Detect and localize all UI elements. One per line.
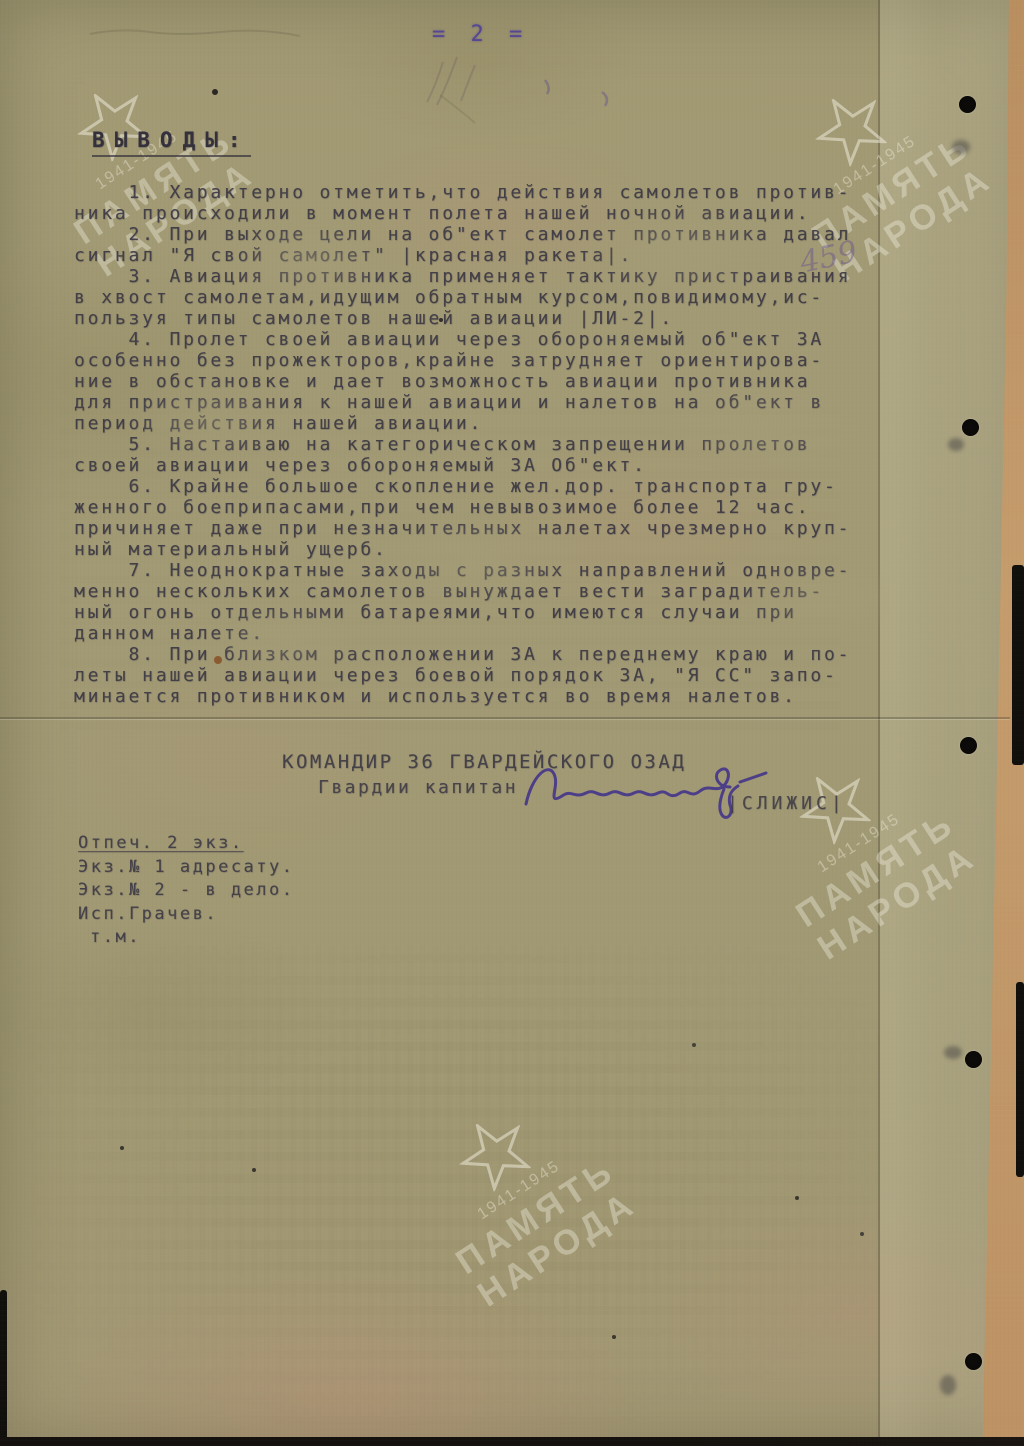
scanner-background <box>0 1290 7 1446</box>
punch-hole <box>965 1353 982 1370</box>
watermark-years: 1941-1945 <box>475 1157 564 1224</box>
star-icon <box>446 1105 542 1200</box>
document-heading: ВЫВОДЫ: <box>92 128 251 157</box>
copy1-line: Экз.№ 1 адресату. <box>78 856 295 880</box>
scanner-background <box>0 1437 1024 1446</box>
paper-specks <box>0 0 4 4</box>
ink-smudge <box>940 1375 956 1395</box>
bleed-through-text-lower <box>30 945 880 1425</box>
punch-hole <box>962 419 979 436</box>
punch-hole <box>959 96 976 113</box>
scanner-background <box>1012 565 1024 765</box>
punch-hole <box>960 737 977 754</box>
typist-initials: т.м. <box>90 926 295 950</box>
archive-watermark: 1941-1945 ПАМЯТЬНАРОДА <box>740 728 984 968</box>
watermark-text: ПАМЯТЬНАРОДА <box>449 1151 644 1315</box>
executor-line: Исп.Грачев. <box>78 903 295 927</box>
document-body-text: 1. Характерно отметить,что действия само… <box>74 182 851 707</box>
signature-surname: |СЛИЖИС| <box>727 793 846 814</box>
scanned-document-page: 1941-1945 ПАМЯТЬНАРОДА 1941-1945 ПАМЯТЬН… <box>0 0 1024 1446</box>
handwritten-signature <box>516 756 776 826</box>
watermark-text: ПАМЯТЬНАРОДА <box>789 804 984 968</box>
binding-fold-strip <box>878 0 1010 1446</box>
ink-smudge <box>952 140 970 154</box>
copies-line: Отпеч. 2 экз. <box>78 832 295 856</box>
ink-smudge <box>944 1046 962 1059</box>
punch-hole <box>965 1051 982 1068</box>
fold-crease <box>0 717 1010 720</box>
page-number: = 2 = <box>432 22 528 47</box>
watermark-years: 1941-1945 <box>815 810 904 877</box>
page-edge <box>978 0 1024 1446</box>
star-icon <box>802 80 898 175</box>
archive-watermark: 1941-1945 ПАМЯТЬНАРОДА <box>400 1075 644 1315</box>
copy2-line: Экз.№ 2 - в дело. <box>78 879 295 903</box>
scanner-background <box>1016 982 1024 1177</box>
typist-block: Отпеч. 2 экз. Экз.№ 1 адресату. Экз.№ 2 … <box>78 832 295 950</box>
ink-smudge <box>948 438 964 451</box>
signature-rank-line: Гвардии капитан <box>318 777 518 798</box>
